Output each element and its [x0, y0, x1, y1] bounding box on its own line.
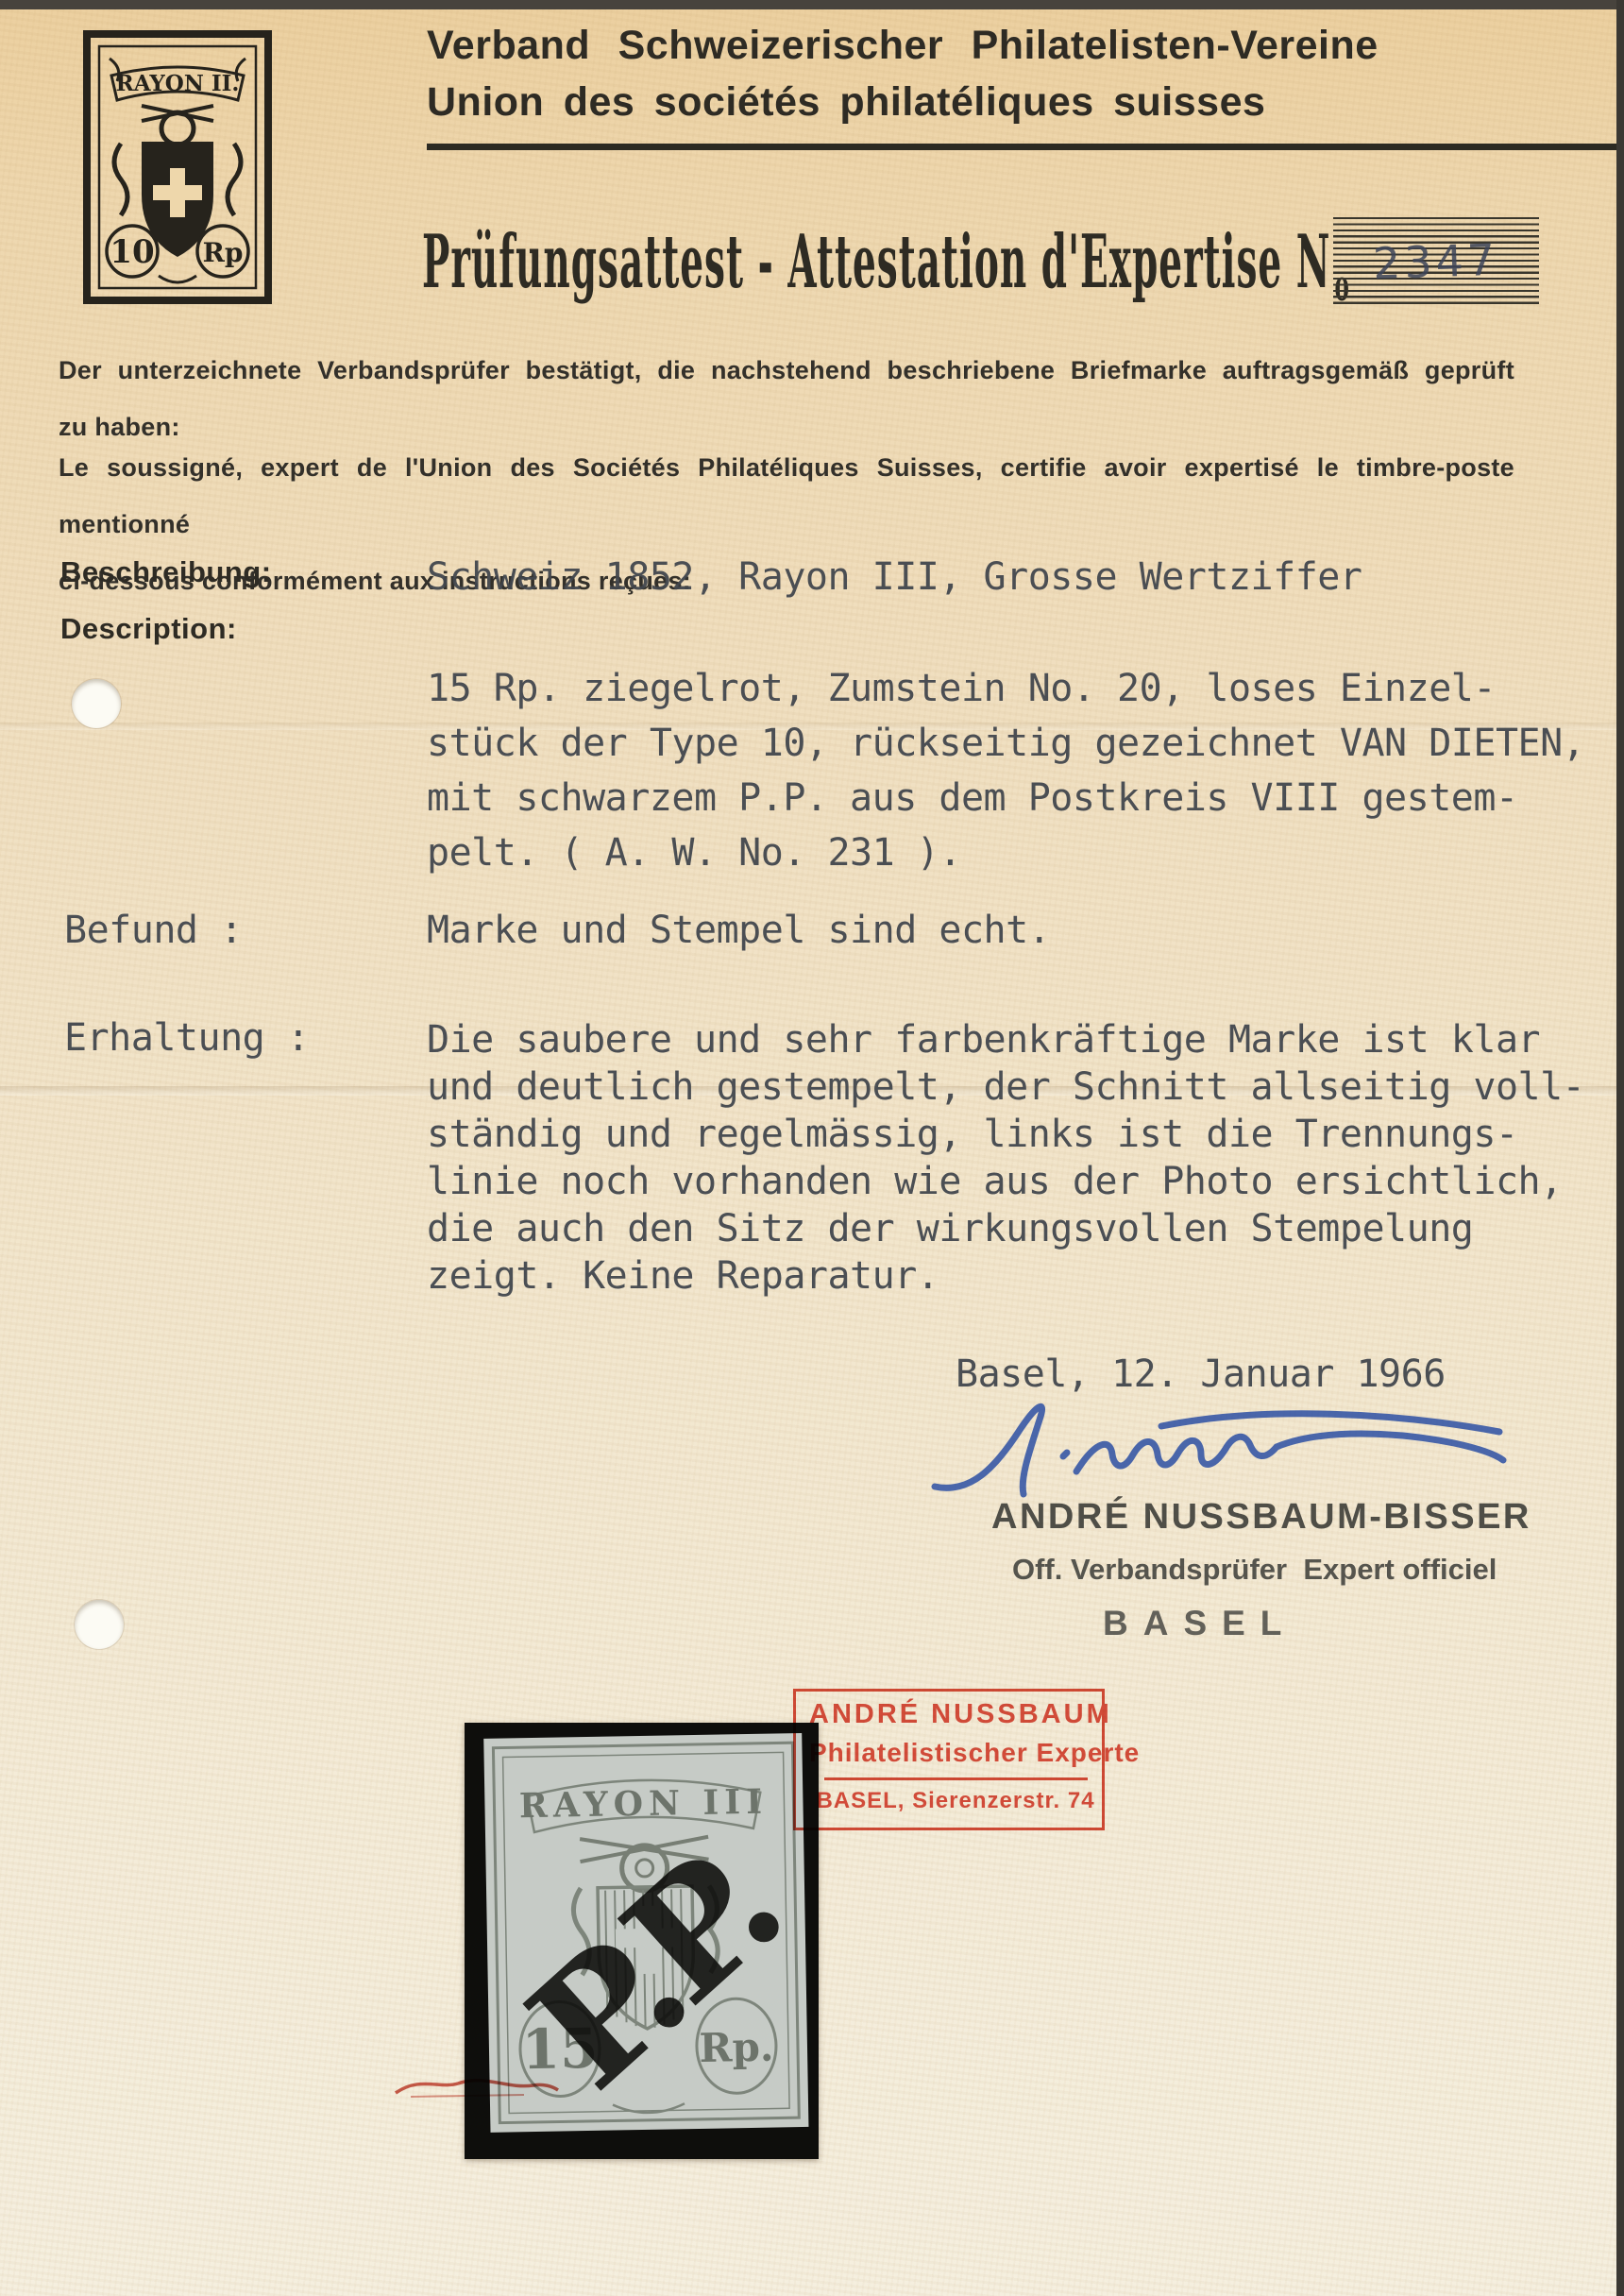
- expert-stamp-name: ANDRÉ NUSSBAUM: [809, 1699, 1102, 1730]
- label-beschreibung: Beschreibung:: [60, 555, 272, 589]
- erhaltung-line: die auch den Sitz der wirkungsvollen Ste…: [427, 1205, 1584, 1252]
- description-body: 15 Rp. ziegelrot, Zumstein No. 20, loses…: [427, 661, 1584, 880]
- label-erhaltung: Erhaltung :: [64, 1016, 309, 1060]
- description-heading: Schweiz 1852, Rayon III, Grosse Wertziff…: [427, 555, 1362, 599]
- intro-paragraph-german: Der unterzeichnete Verbandsprüfer bestät…: [59, 342, 1514, 455]
- expert-address-stamp: ANDRÉ NUSSBAUM Philatelistischer Experte…: [793, 1689, 1105, 1830]
- intro-fr-line1: Le soussigné, expert de l'Union des Soci…: [59, 439, 1514, 553]
- red-ink-mark: [392, 2065, 562, 2102]
- expert-role: Off. Verbandsprüfer Expert officiel: [1012, 1553, 1497, 1587]
- erhaltung-line: ständig und regelmässig, links ist die T…: [427, 1111, 1584, 1158]
- handwritten-signature: [925, 1388, 1511, 1511]
- label-description: Description:: [60, 612, 237, 646]
- letterhead-stamp-logo: RAYON II. 10 Rp: [83, 30, 272, 304]
- erhaltung-line: linie noch vorhanden wie aus der Photo e…: [427, 1158, 1584, 1205]
- erhaltung-line: und deutlich gestempelt, der Schnitt all…: [427, 1063, 1584, 1111]
- expert-city: BASEL: [1103, 1604, 1296, 1643]
- title-text: Prüfungsattest - Attestation d'Expertise…: [422, 219, 1330, 305]
- org-name-german: Verband Schweizerischer Philatelisten-Ve…: [427, 21, 1379, 70]
- expert-stamp-address: BASEL, Sierenzerstr. 74: [809, 1788, 1102, 1814]
- org-name-french: Union des sociétés philatéliques suisses: [427, 77, 1265, 127]
- header-rule: [427, 144, 1616, 150]
- logo-unit-text: Rp: [203, 237, 244, 268]
- expert-stamp-title: Philatelistischer Experte: [809, 1738, 1102, 1768]
- erhaltung-line: Die saubere und sehr farbenkräftige Mark…: [427, 1016, 1584, 1063]
- intro-de-line1: Der unterzeichnete Verbandsprüfer bestät…: [59, 342, 1514, 399]
- expert-stamp-divider: [824, 1777, 1088, 1780]
- logo-banner-text: RAYON II.: [116, 71, 240, 96]
- erhaltung-body: Die saubere und sehr farbenkräftige Mark…: [427, 1016, 1584, 1300]
- photo-stamp-banner: RAYON III: [519, 1782, 769, 1827]
- scan-edge-top: [0, 0, 1624, 9]
- punch-hole: [72, 679, 121, 728]
- description-line: stück der Type 10, rückseitig gezeichnet…: [427, 716, 1584, 771]
- erhaltung-line: zeigt. Keine Reparatur.: [427, 1252, 1584, 1300]
- label-befund: Befund :: [64, 909, 243, 952]
- scan-edge-right: [1616, 0, 1624, 2296]
- description-line: pelt. ( A. W. No. 231 ).: [427, 825, 1584, 880]
- description-line: 15 Rp. ziegelrot, Zumstein No. 20, loses…: [427, 661, 1584, 716]
- certificate-number: 2347: [1373, 234, 1500, 290]
- logo-value-text: 10: [110, 233, 154, 271]
- certificate-page: RAYON II. 10 Rp Verband Schweizerischer …: [0, 9, 1616, 2296]
- punch-hole: [75, 1600, 124, 1649]
- befund-text: Marke und Stempel sind echt.: [427, 909, 1050, 952]
- certificate-number-box: 2347: [1333, 217, 1539, 306]
- description-line: mit schwarzem P.P. aus dem Postkreis VII…: [427, 771, 1584, 825]
